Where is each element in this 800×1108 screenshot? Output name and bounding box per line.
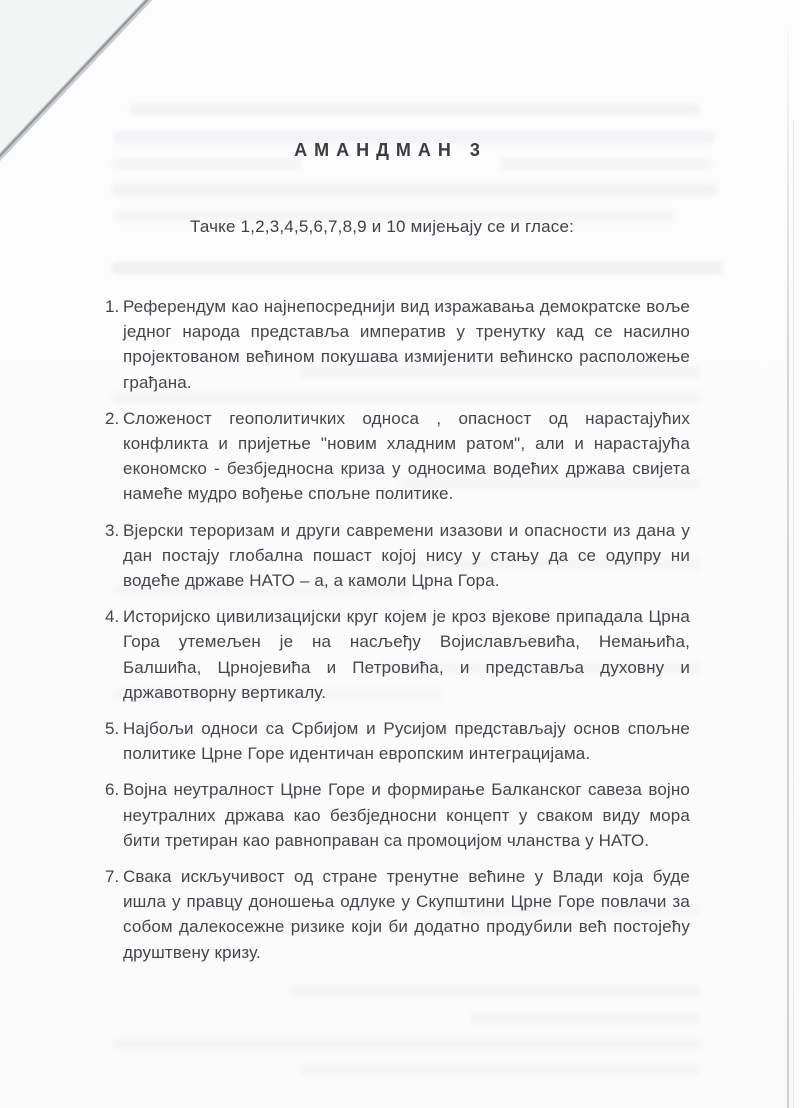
item-number: 4. xyxy=(105,604,123,705)
item-number: 2. xyxy=(105,406,123,507)
item-text: Сложеност геополитичких односа , опаснос… xyxy=(123,406,690,507)
item-number: 7. xyxy=(105,864,123,965)
bleedthrough-smudge xyxy=(130,104,700,116)
item-text: Вјерски тероризам и други савремени изаз… xyxy=(123,518,690,594)
list-item: 7. Свака искључивост од стране тренутне … xyxy=(105,864,690,965)
list-item: 4. Историјско цивилизацијски круг којем … xyxy=(105,604,690,705)
item-number: 5. xyxy=(105,716,123,766)
list-item: 5. Најбољи односи са Србијом и Русијом п… xyxy=(105,716,690,766)
item-text: Војна неутралност Црне Горе и формирање … xyxy=(123,777,690,853)
amendment-list: 1. Референдум као најнепосреднији вид из… xyxy=(105,294,690,965)
item-text: Референдум као најнепосреднији вид израж… xyxy=(123,294,690,395)
bleedthrough-smudge xyxy=(470,1012,700,1024)
item-number: 1. xyxy=(105,294,123,395)
paper-edge-shadow-light xyxy=(793,120,794,1108)
bleedthrough-smudge xyxy=(300,1064,700,1076)
intro-line: Тачке 1,2,3,4,5,6,7,8,9 и 10 мијењају се… xyxy=(105,217,690,237)
item-text: Најбољи односи са Србијом и Русијом пред… xyxy=(123,716,690,766)
document-content: АМАНДМАН 3 Тачке 1,2,3,4,5,6,7,8,9 и 10 … xyxy=(105,140,690,976)
bleedthrough-smudge xyxy=(290,985,700,997)
bleedthrough-smudge xyxy=(112,1038,702,1050)
page-title: АМАНДМАН 3 xyxy=(105,140,690,161)
paper-edge-shadow xyxy=(787,30,789,1108)
list-item: 6. Војна неутралност Црне Горе и формира… xyxy=(105,777,690,853)
list-item: 3. Вјерски тероризам и други савремени и… xyxy=(105,518,690,594)
item-text: Историјско цивилизацијски круг којем је … xyxy=(123,604,690,705)
list-item: 2. Сложеност геополитичких односа , опас… xyxy=(105,406,690,507)
list-item: 1. Референдум као најнепосреднији вид из… xyxy=(105,294,690,395)
item-number: 6. xyxy=(105,777,123,853)
scanned-page: АМАНДМАН 3 Тачке 1,2,3,4,5,6,7,8,9 и 10 … xyxy=(0,0,800,1108)
item-text: Свака искључивост од стране тренутне већ… xyxy=(123,864,690,965)
item-number: 3. xyxy=(105,518,123,594)
